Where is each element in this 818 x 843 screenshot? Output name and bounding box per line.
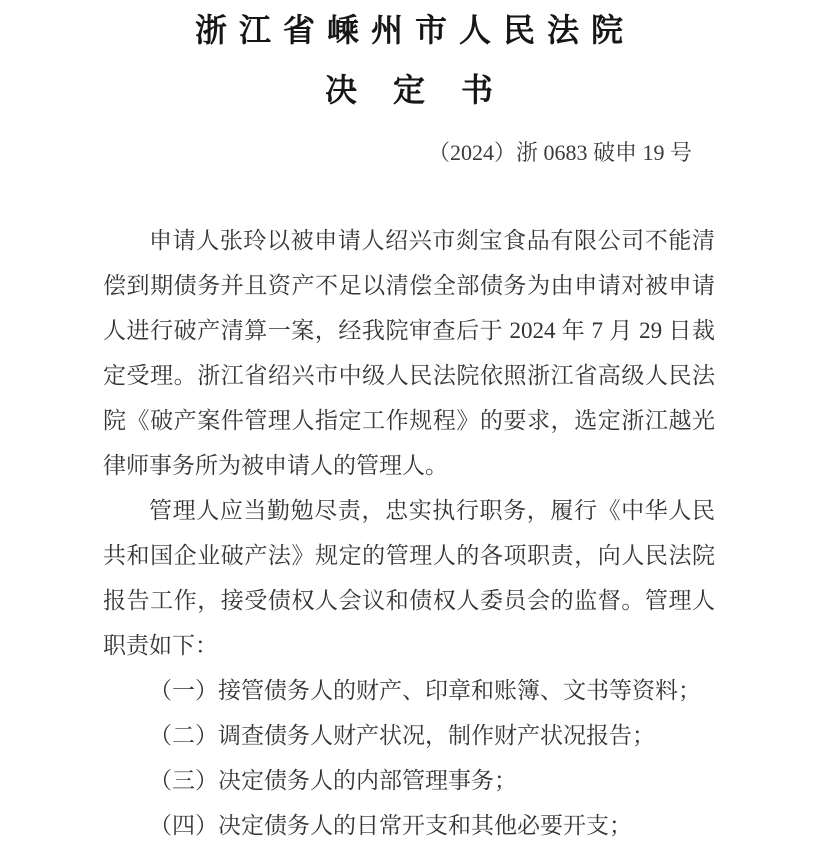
list-item-3: （三）决定债务人的内部管理事务； xyxy=(103,758,715,803)
case-number: （2024）浙 0683 破申 19 号 xyxy=(0,138,818,168)
list-item-1: （一）接管债务人的财产、印章和账簿、文书等资料； xyxy=(103,668,715,713)
document-page: 浙江省嵊州市人民法院 决定书 （2024）浙 0683 破申 19 号 申请人张… xyxy=(0,0,818,843)
court-name-title: 浙江省嵊州市人民法院 xyxy=(0,8,818,52)
paragraph-2: 管理人应当勤勉尽责，忠实执行职务，履行《中华人民共和国企业破产法》规定的管理人的… xyxy=(103,488,715,668)
document-type-title: 决定书 xyxy=(0,68,818,112)
paragraph-1: 申请人张玲以被申请人绍兴市剡宝食品有限公司不能清偿到期债务并且资产不足以清偿全部… xyxy=(103,218,715,488)
list-item-2: （二）调查债务人财产状况，制作财产状况报告； xyxy=(103,713,715,758)
list-item-4: （四）决定债务人的日常开支和其他必要开支； xyxy=(103,803,715,843)
document-body: 申请人张玲以被申请人绍兴市剡宝食品有限公司不能清偿到期债务并且资产不足以清偿全部… xyxy=(103,218,715,843)
